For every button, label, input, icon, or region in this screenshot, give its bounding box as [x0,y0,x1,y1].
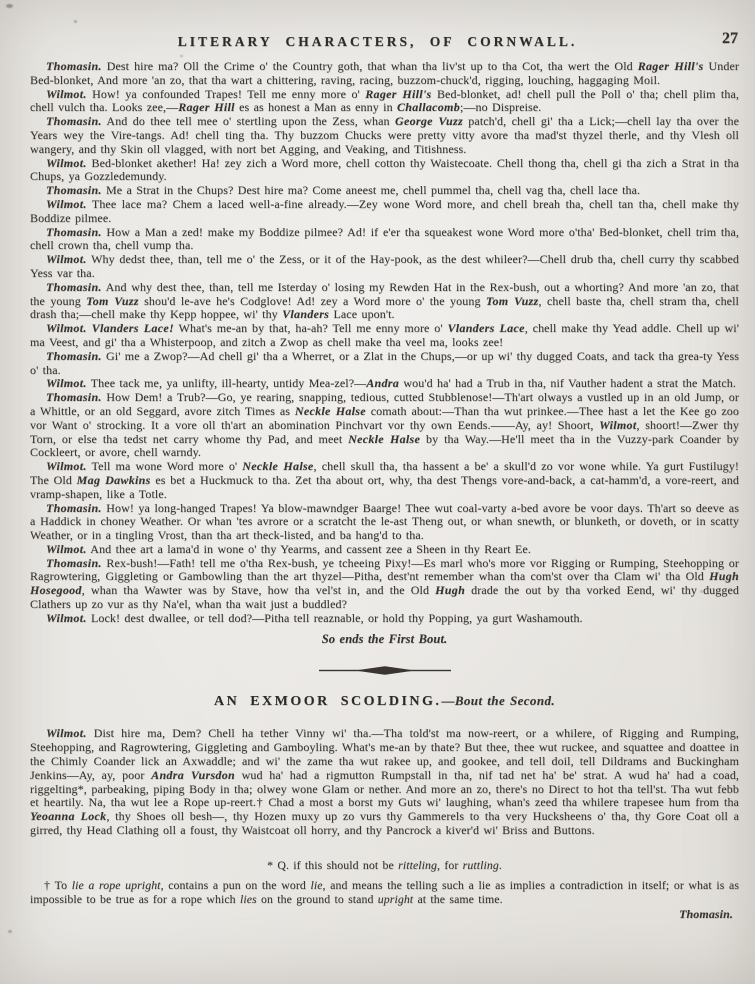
dialogue-paragraph: Wilmot. Dist hire ma, Dem? Chell ha teth… [30,727,739,837]
italic-text: Wilmot. [46,252,87,266]
italic-text: Wilmot. [46,459,87,473]
body-text: Why dedst thee, than, tell me o' the Zes… [30,252,739,280]
body-text: How! ya long-hanged Trapes! Ya blow-mawn… [30,501,739,543]
italic-text: upright [378,892,413,906]
dialogue-paragraph: Wilmot. Tell ma wone Word more o' Neckle… [30,460,739,501]
italic-text: Neckle Halse [348,432,420,446]
italic-text: lie a rope upright [72,878,161,892]
dialogue-paragraph: Wilmot. Why dedst thee, than, tell me o'… [30,253,739,281]
italic-text: Andra [366,376,399,390]
body-text: , contains a pun on the word [161,878,311,892]
italic-text: Thomasin. [46,390,102,404]
italic-text: Wilmot. [46,726,87,740]
italic-text: Hugh [435,583,465,597]
dialogue-paragraph: Thomasin. And why dest thee, than, tell … [30,281,739,322]
dialogue-paragraph: Thomasin. Dest hire ma? Oll the Crime o'… [30,60,739,88]
italic-text: Challacomb [397,100,460,114]
second-bout-text: Wilmot. Dist hire ma, Dem? Chell ha teth… [30,727,739,837]
italic-text: lie [310,878,322,892]
italic-text: Vlanders [282,307,329,321]
section-divider [30,666,739,675]
body-text: And do thee tell mee o' stertling upon t… [102,114,395,128]
catchword: Thomasin. [30,908,739,922]
italic-text: lies [240,892,257,906]
body-text: † To [44,878,72,892]
body-text: Rex-bush!—Fath! tell me o'tha Rex-bush, … [30,556,739,584]
dialogue-paragraph: Wilmot. Vlanders Lace! What's me-an by t… [30,322,739,350]
italic-text: Rager Hill's [638,59,704,73]
italic-text: Yeoanna Lock [30,809,106,823]
dialogue-paragraph: Thomasin. Me a Strat in the Chups? Dest … [30,184,739,198]
body-text: How a Man a zed! make my Boddize pilmee?… [30,225,739,253]
dialogue-paragraph: Wilmot. Thee lace ma? Chem a laced well-… [30,198,739,226]
dialogue-paragraph: Thomasin. Rex-bush!—Fath! tell me o'tha … [30,557,739,612]
italic-text: Wilmot. [46,542,87,556]
italic-text: Wilmot. [46,197,87,211]
book-page: LITERARY CHARACTERS, OF CORNWALL. 27 Tho… [0,0,755,984]
italic-text: Mag Dawkins [77,473,151,487]
italic-text: Wilmot [599,418,636,432]
first-bout-closing-line: So ends the First Bout. [30,633,739,647]
body-text: es as honest a Man as enny in [235,100,397,114]
body-text: How! ya confounded Trapes! Tell me enny … [87,87,366,101]
body-text: , whan tha Wawter was by Stave, how tha … [82,583,435,597]
italic-text: Thomasin. [46,349,102,363]
body-text: Bed-blonket akether! Ha! zey zich a Word… [30,156,739,184]
italic-text: ritteling [398,858,437,872]
rule-with-diamond-ornament-icon [319,666,451,675]
italic-text: Thomasin. [46,280,102,294]
scan-artifact-speck [180,55,183,57]
italic-text: Neckle Halse [295,404,366,418]
text-column: Thomasin. Dest hire ma? Oll the Crime o'… [30,60,739,922]
scan-artifact-speck [8,930,12,933]
italic-text: Wilmot. [46,87,87,101]
italic-text: Rager Hill's [365,87,431,101]
body-text: Me a Strat in the Chups? Dest hire ma? C… [102,183,640,197]
italic-text: Thomasin. [46,183,102,197]
page-number: 27 [722,30,738,48]
italic-text: George Vuzz [395,114,463,128]
dialogue-paragraph: Wilmot. Lock! dest dwallee, or tell dod?… [30,612,739,626]
body-text: , thy Shoes oll besh—, thy Hozen muxy up… [30,809,739,837]
dialogue-paragraph: Wilmot. Thee tack me, ya unlifty, ill-he… [30,377,739,391]
italic-text: Wilmot. [46,611,87,625]
italic-text: Vlanders Lace [447,321,524,335]
second-bout-heading: AN EXMOOR SCOLDING.—Bout the Second. [30,692,739,711]
body-text: Dest hire ma? Oll the Crime o' the Count… [102,59,638,73]
body-text: shou'd le-ave he's Codglove! Ad! zey a W… [139,294,486,308]
italic-text: Thomasin. [46,225,102,239]
italic-text: Thomasin. [46,59,102,73]
italic-text: Rager Hill [178,100,235,114]
body-text: Thee lace ma? Chem a laced well-a-fine a… [30,197,739,225]
dialogue-paragraph: Thomasin. How a Man a zed! make my Boddi… [30,226,739,254]
body-text: Lock! dest dwallee, or tell dod?—Pitha t… [87,611,583,625]
italic-text: Tom Vuzz [486,294,539,308]
body-text: Thee tack me, ya unlifty, ill-hearty, un… [87,376,367,390]
italic-text: Wilmot. Vlanders Lace! [46,321,174,335]
footnote-asterisk: * Q. if this should not be ritteling, fo… [30,858,739,872]
body-text: , for [437,858,463,872]
body-text: wou'd ha' had a Trub in tha, nif Vauther… [399,376,736,390]
footnote-dagger: † To lie a rope upright, contains a pun … [30,878,739,906]
first-bout-text: Thomasin. Dest hire ma? Oll the Crime o'… [30,60,739,626]
body-text: And thee art a lama'd in wone o' thy Yea… [87,542,531,556]
dialogue-paragraph: Thomasin. How Dem! a Trub?—Go, ye rearin… [30,391,739,460]
italic-text: Neckle Halse [242,459,313,473]
scan-artifact-speck [74,20,77,23]
body-text: Lace upon't. [329,307,395,321]
scan-artifact-speck [6,4,13,8]
italic-text: Tom Vuzz [86,294,139,308]
body-text: ;—no Dispreise. [460,100,541,114]
body-text: . [499,858,502,872]
italic-text: Thomasin. [46,114,102,128]
body-text: * Q. if this should not be [267,858,398,872]
dialogue-paragraph: Thomasin. Gi' me a Zwop?—Ad chell gi' th… [30,350,739,378]
body-text: Tell ma wone Word more o' [87,459,243,473]
dialogue-paragraph: Thomasin. How! ya long-hanged Trapes! Ya… [30,502,739,543]
body-text: at the same time. [413,892,502,906]
body-text: on the ground to stand [257,892,378,906]
dialogue-paragraph: Wilmot. How! ya confounded Trapes! Tell … [30,88,739,116]
italic-text: Wilmot. [46,376,87,390]
italic-text: Thomasin. [46,556,102,570]
italic-text: Andra Vursdon [151,768,235,782]
dialogue-paragraph: Wilmot. Bed-blonket akether! Ha! zey zic… [30,157,739,185]
italic-text: Thomasin. [46,501,102,515]
dialogue-paragraph: Wilmot. And thee art a lama'd in wone o'… [30,543,739,557]
dialogue-paragraph: Thomasin. And do thee tell mee o' stertl… [30,115,739,156]
running-head: LITERARY CHARACTERS, OF CORNWALL. [0,34,755,50]
body-text: Gi' me a Zwop?—Ad chell gi' tha a Wherre… [30,349,739,377]
italic-text: ruttling [463,858,499,872]
second-bout-heading-subtitle: —Bout the Second. [441,693,555,708]
body-text: What's me-an by that, ha-ah? Tell me enn… [174,321,448,335]
second-bout-heading-caps: AN EXMOOR SCOLDING. [214,694,441,709]
italic-text: Wilmot. [46,156,87,170]
